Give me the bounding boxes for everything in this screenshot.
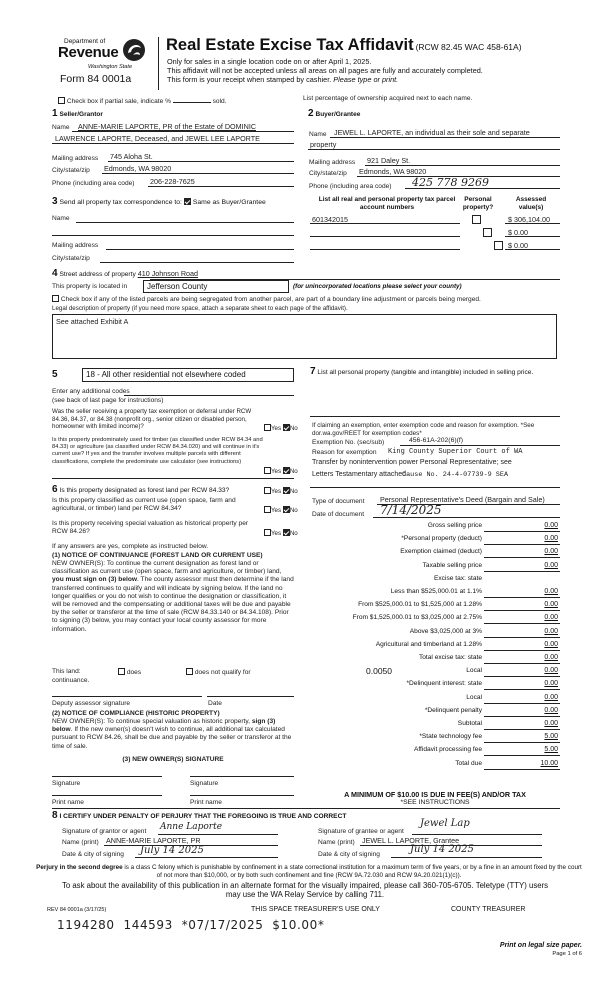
section2-heading: 2 Buyer/Grantee — [308, 108, 360, 119]
doc-type-label: Type of document — [312, 498, 364, 505]
section2-title: Buyer/Grantee — [316, 111, 361, 118]
minimum-note: A MINIMUM OF $10.00 IS DUE IN FEE(S) AND… — [310, 790, 560, 799]
section5-number: 5 — [52, 369, 58, 380]
tax-row-value[interactable]: 0.00 — [544, 680, 558, 687]
section7-title: List all personal property (tangible and… — [317, 369, 533, 376]
grantor-sig-label: Signature of grantor or agent — [62, 828, 146, 835]
tax-row-value[interactable]: 10.00 — [540, 760, 558, 767]
exemption-intro: If claiming an exemption, enter exemptio… — [312, 422, 537, 438]
doc-date-field[interactable]: 7/14/2025 — [380, 503, 442, 517]
section3-heading: 3 Send all property tax correspondence t… — [52, 196, 266, 207]
owner-print2-field[interactable] — [190, 795, 294, 796]
agency-name: Revenue — [58, 44, 118, 61]
same-as-buyer-label: Same as Buyer/Grantee — [193, 199, 266, 206]
tax-row: *State technology fee5.00 — [310, 733, 560, 744]
deputy-date-field[interactable] — [207, 696, 294, 697]
corr-name-field[interactable] — [76, 222, 294, 223]
continuance-label: continuance. — [52, 677, 89, 684]
tax-row: *Delinquent penalty0.00 — [310, 707, 560, 718]
print-note: Print on legal size paper. — [500, 942, 582, 949]
personal-col-header: Personal property? — [458, 196, 498, 212]
segregated-label: Check box if any of the listed parcels a… — [61, 296, 481, 303]
sec5-q1-answers: Yes No — [264, 424, 298, 432]
sec5-q1-yes[interactable] — [264, 424, 271, 431]
sec6-q2-text: Is this property classified as current u… — [52, 497, 257, 513]
owner-print1-field[interactable] — [52, 795, 162, 796]
tax-row-value[interactable]: 0.00 — [544, 641, 558, 648]
tax-row: Subtotal0.00 — [310, 720, 560, 731]
buyer-phone-label: Phone (including area code) — [309, 183, 391, 190]
receipt-stamp: 1194280 144593 *07/17/2025 $10.00* — [57, 918, 325, 932]
tax-row-value[interactable]: 5.00 — [544, 746, 558, 753]
tax-row: Excise tax: state — [310, 575, 560, 586]
owner-signature1-field[interactable] — [52, 776, 162, 777]
this-land-label: This land: — [52, 668, 81, 675]
sec6-q1-no[interactable] — [283, 487, 290, 494]
sec6-q1-answers: Yes No — [264, 487, 298, 495]
does-option: does — [118, 668, 141, 676]
sec6-q3-answers: Yes No — [264, 529, 298, 537]
grantee-date-field[interactable]: July 14 2025 — [410, 844, 474, 855]
additional-codes-label: Enter any additional codes — [52, 388, 130, 395]
reason-line3a[interactable]: Letters Testamentary attached — [312, 471, 406, 478]
sec6-q2-no[interactable] — [283, 506, 290, 513]
personal-property-field[interactable] — [310, 416, 560, 417]
tax-row: Above $3,025,000 at 3%0.00 — [310, 628, 560, 639]
ownership-note: List percentage of ownership acquired ne… — [303, 95, 472, 102]
tax-row-value[interactable]: 0.00 — [544, 628, 558, 635]
legal-desc-text: See attached Exhibit A — [56, 317, 128, 326]
tax-row-label: *Delinquent penalty — [425, 707, 482, 714]
tax-row: Total excise tax: state0.00 — [310, 654, 560, 665]
grantor-signature[interactable]: Anne Laporte — [160, 822, 222, 832]
tax-row-label: Excise tax: state — [434, 575, 482, 582]
sec5-q1-no[interactable] — [283, 424, 290, 431]
tax-row-label: Affidavit processing fee — [414, 746, 482, 753]
reason-label: Reason for exemption — [312, 449, 377, 456]
seller-phone-label: Phone (including area code) — [52, 180, 134, 187]
sec5-q2-answers: Yes No — [264, 467, 298, 475]
grantee-sig-label: Signature of grantee or agent — [318, 828, 404, 835]
partial-sale-checkbox[interactable] — [58, 97, 65, 104]
tax-row-label: *Delinquent interest: state — [406, 680, 482, 687]
notice2-body: NEW OWNER(S): To continue special valuat… — [52, 718, 296, 751]
tax-row: Taxable selling price0.00 — [310, 562, 560, 573]
corr-mailing-label: Mailing address — [52, 242, 98, 249]
sec5-q2-no[interactable] — [283, 467, 290, 474]
section3-title: Send all property tax correspondence to: — [60, 199, 182, 206]
notice3-title: (3) NEW OWNER(S) SIGNATURE — [52, 756, 294, 764]
tax-row-label: Subtotal — [458, 720, 482, 727]
partial-sale-percent-field[interactable] — [173, 96, 211, 103]
grantee-signature[interactable]: Jewel Lap — [420, 818, 470, 829]
tax-row-label: Less than $525,000.01 at 1.1% — [391, 588, 482, 595]
partial-sale-label: Check box if partial sale, indicate % — [67, 98, 171, 105]
tax-row-label: Local — [466, 694, 482, 701]
tax-row-value[interactable]: 0.00 — [544, 601, 558, 608]
agency-state: Washington State — [88, 64, 132, 70]
notice3-italic: Please type or print. — [333, 75, 398, 84]
local-rate: 0.0050 — [366, 666, 392, 676]
seller-name-line2[interactable]: LAWRENCE LAPORTE, Deceased, and JEWEL LE… — [55, 134, 260, 143]
tax-row-value[interactable]: 0.00 — [544, 654, 558, 661]
if-yes-note: If any answers are yes, complete as inst… — [52, 543, 208, 550]
notice-line2: This affidavit will not be accepted unle… — [167, 66, 483, 75]
section8-number: 8 — [52, 810, 58, 821]
grantor-name-field[interactable]: ANNE-MARIE LAPORTE, PR — [106, 836, 201, 845]
personal-property-checkbox[interactable] — [483, 228, 492, 237]
exemption-no-label: Exemption No. (sec/sub) — [312, 439, 384, 446]
grantor-date-field[interactable]: July 14 2025 — [140, 845, 204, 856]
tax-row-value[interactable]: 0.00 — [544, 694, 558, 701]
tax-row: Gross selling price0.00 — [310, 522, 560, 533]
segregated-row: Check box if any of the listed parcels a… — [52, 295, 481, 303]
tax-row-label: Total excise tax: state — [419, 654, 482, 661]
grantor-name-label: Name (print) — [62, 839, 99, 846]
notice-line1: Only for sales in a single location code… — [167, 57, 371, 66]
parcel-col-header: List all real and personal property tax … — [312, 196, 462, 212]
notice1-title: (1) NOTICE OF CONTINUANCE (FOREST LAND O… — [52, 552, 263, 560]
section8-title: I CERTIFY UNDER PENALTY OF PERJURY THAT … — [60, 813, 347, 820]
corr-city-field[interactable] — [100, 262, 294, 263]
tax-row-label: Taxable selling price — [423, 562, 482, 569]
legal-desc-field[interactable]: See attached Exhibit A — [52, 314, 557, 359]
page-number: Page 1 of 6 — [552, 951, 582, 957]
additional-codes-field[interactable] — [124, 395, 294, 396]
section7-number: 7 — [310, 366, 316, 377]
tax-row: Exemption claimed (deduct)0.00 — [310, 548, 560, 559]
seller-mailing-field[interactable]: 745 Aloha St. — [110, 152, 153, 161]
sec6-q2-yes[interactable] — [264, 506, 271, 513]
tax-row-value[interactable]: 0.00 — [544, 667, 558, 674]
tax-row-value[interactable]: 0.00 — [544, 548, 558, 555]
seller-phone-field[interactable]: 206-228-7625 — [150, 177, 195, 186]
tax-row-label: Above $3,025,000 at 3% — [410, 628, 482, 635]
notice3-text: This form is your receipt when stamped b… — [167, 75, 331, 84]
tax-row: Less than $525,000.01 at 1.1%0.00 — [310, 588, 560, 599]
rev-label: REV 84 0001a (3/17/25) — [47, 907, 106, 913]
sec5-q2-text: Is this property predominately used for … — [52, 437, 266, 466]
sec6-q1-text: Is this property designated as forest la… — [60, 487, 230, 494]
does-not-checkbox[interactable] — [186, 668, 193, 675]
sec6-q3-no[interactable] — [283, 529, 290, 536]
street-label: Street address of property — [60, 271, 136, 278]
title-ref: (RCW 82.45 WAC 458-61A) — [416, 42, 522, 52]
seller-city-label: City/state/zip — [52, 167, 90, 174]
tax-row-value[interactable]: 0.00 — [544, 720, 558, 727]
tax-row: From $1,525,000.01 to $3,025,000 at 2.75… — [310, 614, 560, 625]
section1-number: 1 — [52, 108, 58, 119]
buyer-city-label: City/state/zip — [309, 170, 347, 177]
tax-row-label: Total due — [455, 760, 482, 767]
personal-property-checkbox[interactable] — [494, 241, 503, 250]
section6-number: 6 — [52, 484, 58, 495]
sec5-q2-yes[interactable] — [264, 467, 271, 474]
tax-row: From $525,000.01 to $1,525,000 at 1.28%0… — [310, 601, 560, 612]
owner-print2-label: Print name — [190, 799, 222, 806]
form-number: Form 84 0001a — [60, 73, 131, 85]
tax-row-value[interactable]: 0.00 — [544, 535, 558, 542]
corr-mailing-field[interactable] — [106, 249, 294, 250]
deputy-sig-label: Deputy assessor signature — [52, 700, 130, 707]
tax-row-value[interactable]: 0.00 — [544, 562, 558, 569]
located-label: This property is located in — [52, 283, 127, 290]
section4-number: 4 — [52, 268, 58, 279]
reason-line3b[interactable]: Cause No. 24-4-07739-9 SEA — [402, 471, 508, 479]
seller-name-label: Name — [52, 124, 70, 131]
sec6-q1-yes[interactable] — [264, 487, 271, 494]
seller-city-field[interactable]: Edmonds, WA 98020 — [104, 164, 171, 173]
seller-mailing-label: Mailing address — [52, 155, 98, 162]
section4-street-row: 4 Street address of property 410 Johnson… — [52, 268, 198, 279]
tax-row-label: *State technology fee — [419, 733, 482, 740]
section2-number: 2 — [308, 108, 314, 119]
corr-name-label: Name — [52, 215, 70, 222]
tax-row-label: From $1,525,000.01 to $3,025,000 at 2.75… — [353, 614, 482, 621]
seller-name-line1[interactable]: ANNE-MARIE LAPORTE, PR of the Estate of … — [78, 122, 256, 131]
sec5-q1-text: Was the seller receiving a property tax … — [52, 408, 262, 431]
owner-sig2-label: Signature — [190, 780, 218, 787]
tax-row-label: Exemption claimed (deduct) — [400, 548, 482, 555]
same-as-buyer-checkbox[interactable] — [184, 198, 191, 205]
buyer-name-label: Name — [309, 131, 327, 138]
section1-heading: 1 Seller/Grantor — [52, 108, 103, 119]
buyer-city-field[interactable]: Edmonds, WA 98020 — [359, 167, 426, 176]
owner-signature2-field[interactable] — [190, 776, 294, 777]
doc-date-label: Date of document — [312, 511, 364, 518]
dor-swirl-icon — [122, 38, 146, 62]
sec6-q2-answers: Yes No — [264, 506, 298, 514]
parcel-table: 601342015 $ 306,104.00 $ 0.00 $ 0.00 — [0, 0, 600, 10]
sec6-q3-text: Is this property receiving special valua… — [52, 520, 252, 536]
tax-row-label: Agricultural and timberland at 1.28% — [376, 641, 482, 648]
owner-sig1-label: Signature — [52, 780, 80, 787]
tax-row: *Delinquent interest: state0.00 — [310, 680, 560, 691]
title-text: Real Estate Excise Tax Affidavit — [166, 36, 414, 54]
header-divider — [158, 37, 159, 90]
partial-sale-row: Check box if partial sale, indicate % so… — [58, 96, 227, 105]
notice1-body: NEW OWNER(S): To continue the current de… — [52, 560, 294, 634]
tax-row-value[interactable]: 5.00 — [544, 733, 558, 740]
buyer-name-line1[interactable]: JEWEL L. LAPORTE, an individual as their… — [334, 128, 530, 137]
grantee-name-label: Name (print) — [318, 839, 355, 846]
tax-row-value[interactable]: 0.00 — [544, 614, 558, 621]
corr-city-label: City/state/zip — [52, 255, 90, 262]
sec6-q1-row: 6 Is this property designated as forest … — [52, 484, 229, 495]
county-note: (for unincorporated locations please sel… — [293, 283, 462, 290]
tax-row-label: Gross selling price — [428, 522, 482, 529]
perjury-notice: Perjury in the second degree is a class … — [34, 864, 584, 879]
notice2-title: (2) NOTICE OF COMPLIANCE (HISTORIC PROPE… — [52, 710, 220, 718]
street-field[interactable]: 410 Johnson Road — [138, 269, 198, 278]
tax-row-value[interactable]: 0.00 — [544, 588, 558, 595]
legal-desc-label: Legal description of property (if you ne… — [52, 305, 348, 312]
reason-line1[interactable]: King County Superior Court of WA — [388, 448, 522, 456]
tax-row: Affidavit processing fee5.00 — [310, 746, 560, 757]
dor-logo: Department of Revenue Washington State F… — [58, 38, 158, 88]
assessed-col-header: Assessed value(s) — [506, 196, 556, 212]
tax-row: Local0.000.0050 — [310, 667, 560, 678]
treasurer-use-label: THIS SPACE TREASURER'S USE ONLY — [251, 906, 380, 913]
deputy-date-label: Date — [208, 700, 222, 707]
deputy-signature-field[interactable] — [52, 696, 202, 697]
county-select[interactable]: Jefferson County — [143, 280, 289, 293]
section7-heading: 7 List all personal property (tangible a… — [310, 367, 560, 378]
tax-row-label: From $525,000.01 to $1,525,000 at 1.28% — [358, 601, 482, 608]
notice-line3: This form is your receipt when stamped b… — [167, 75, 398, 84]
tax-row-value[interactable]: 0.00 — [544, 522, 558, 529]
page-title: Real Estate Excise Tax Affidavit (RCW 82… — [166, 36, 522, 55]
reason-line2[interactable]: Transfer by nonintervention power Person… — [312, 459, 512, 466]
county-treasurer-label: COUNTY TREASURER — [451, 906, 525, 913]
tax-row: Agricultural and timberland at 1.28%0.00 — [310, 641, 560, 652]
buyer-mailing-label: Mailing address — [309, 159, 355, 166]
partial-sale-suffix: sold. — [213, 98, 227, 105]
sec6-q3-yes[interactable] — [264, 529, 271, 536]
tax-row-label: Local — [466, 667, 482, 674]
section8-heading: 8 I CERTIFY UNDER PENALTY OF PERJURY THA… — [52, 810, 346, 821]
tax-row: Local0.00 — [310, 694, 560, 705]
tax-row-label: *Personal property (deduct) — [401, 535, 482, 542]
additional-codes-note: (see back of last page for instructions) — [52, 397, 163, 404]
tax-row-value[interactable]: 0.00 — [544, 707, 558, 714]
buyer-mailing-field[interactable]: 921 Daley St. — [367, 156, 410, 165]
does-checkbox[interactable] — [118, 668, 125, 675]
alt-format-notice: To ask about the availability of this pu… — [60, 882, 550, 900]
buyer-name-line2[interactable]: property — [310, 140, 336, 149]
exemption-no-field[interactable]: 456-61A-202(6)(f) — [409, 437, 463, 444]
tax-row: *Personal property (deduct)0.00 — [310, 535, 560, 546]
does-not-option: does not qualify for — [186, 668, 251, 676]
grantor-date-label: Date & city of signing — [62, 851, 124, 858]
section1-title: Seller/Grantor — [60, 111, 103, 118]
land-use-code-select[interactable]: 18 - All other residential not elsewhere… — [82, 368, 294, 382]
owner-print1-label: Print name — [52, 799, 84, 806]
grantee-date-label: Date & city of signing — [318, 851, 380, 858]
personal-property-checkbox[interactable] — [472, 215, 481, 224]
see-instructions: *SEE INSTRUCTIONS — [310, 799, 560, 806]
section3-number: 3 — [52, 196, 58, 207]
segregated-checkbox[interactable] — [52, 295, 59, 302]
tax-row: Total due10.00 — [310, 760, 560, 771]
